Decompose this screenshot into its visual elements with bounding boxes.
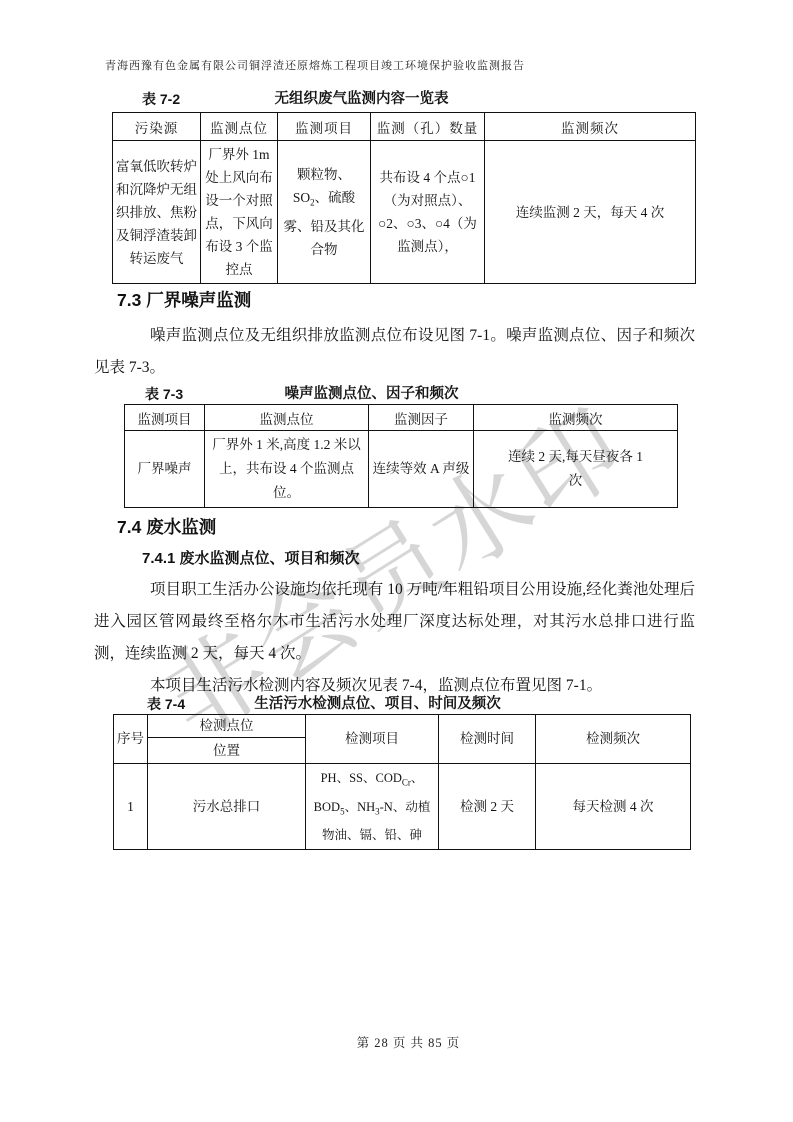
cell-detect-time: 检测 2 天 (439, 764, 536, 850)
table-7-4-label: 表 7-4 (147, 694, 185, 714)
cell-pollution-source: 富氧低吹转炉和沉降炉无组织排放、焦粉及铜浮渣装卸转运废气 (113, 141, 201, 284)
table-7-3-label: 表 7-3 (145, 384, 183, 404)
cell-detect-frequency: 每天检测 4 次 (536, 764, 691, 850)
running-header: 青海西豫有色金属有限公司铜浮渣还原熔炼工程项目竣工环境保护验收监测报告 (105, 0, 793, 73)
table-7-3-header-row: 监测项目 监测点位 监测因子 监测频次 (125, 405, 678, 431)
noise-frequency-text: 连续 2 天,每天昼夜各 1 次 (501, 445, 651, 493)
cell-seq: 1 (114, 764, 148, 850)
cell-monitor-count: 共布设 4 个点○1（为对照点）、○2、○3、○4（为监测点）， (371, 141, 485, 284)
table-7-4-data-row: 1 污水总排口 PH、SS、CODCr、BOD5、NH3-N、动植物油、镉、铅、… (114, 764, 691, 850)
table-7-4-header-row-1: 序号 检测点位 检测项目 检测时间 检测频次 (114, 715, 691, 738)
col-header-noise-factor: 监测因子 (369, 405, 474, 431)
table-7-2-title: 无组织废气监测内容一览表 (275, 89, 449, 109)
col-header-detect-items: 检测项目 (306, 715, 439, 764)
col-header-monitor-count: 监测（孔）数量 (371, 113, 485, 141)
page-content: 青海西豫有色金属有限公司铜浮渣还原熔炼工程项目竣工环境保护验收监测报告 表 7-… (0, 0, 793, 850)
table-7-2-caption: 表 7-2 无组织废气监测内容一览表 (112, 89, 695, 109)
cell-location: 污水总排口 (148, 764, 306, 850)
section-7-4-1-heading: 7.4.1 废水监测点位、项目和频次 (142, 548, 793, 570)
cell-noise-item: 厂界噪声 (125, 431, 205, 508)
table-7-2-label: 表 7-2 (142, 89, 180, 109)
section-7-4-heading: 7.4 废水监测 (117, 516, 793, 539)
table-7-2: 污染源 监测点位 监测项目 监测（孔）数量 监测频次 富氧低吹转炉和沉降炉无组织… (112, 112, 696, 284)
cell-noise-point: 厂界外 1 米,高度 1.2 米以上，共布设 4 个监测点位。 (205, 431, 369, 508)
table-7-2-header-row: 污染源 监测点位 监测项目 监测（孔）数量 监测频次 (113, 113, 696, 141)
table-7-4-caption: 表 7-4 生活污水检测点位、项目、时间及频次 (113, 694, 690, 714)
noise-paragraph: 噪声监测点位及无组织排放监测点位布设见图 7-1。噪声监测点位、因子和频次见表 … (94, 320, 695, 384)
cell-noise-factor: 连续等效 A 声级 (369, 431, 474, 508)
wastewater-paragraph-1: 项目职工生活办公设施均依托现有 10 万吨/年粗铅项目公用设施,经化粪池处理后进… (94, 574, 695, 670)
col-header-detect-point: 检测点位 (148, 715, 306, 738)
col-header-location: 位置 (148, 738, 306, 764)
frequency-text: 连续监测 2 天，每天 4 次 (516, 201, 665, 224)
col-header-monitor-item: 监测项目 (278, 113, 371, 141)
col-header-detect-frequency: 检测频次 (536, 715, 691, 764)
cell-detect-items: PH、SS、CODCr、BOD5、NH3-N、动植物油、镉、铅、砷 (306, 764, 439, 850)
cell-monitor-items: 颗粒物、SO2、硫酸雾、铅及其化合物 (278, 141, 371, 284)
table-7-4-title: 生活污水检测点位、项目、时间及频次 (254, 694, 501, 714)
table-7-3-data-row: 厂界噪声 厂界外 1 米,高度 1.2 米以上，共布设 4 个监测点位。 连续等… (125, 431, 678, 508)
col-header-seq: 序号 (114, 715, 148, 764)
col-header-detect-time: 检测时间 (439, 715, 536, 764)
col-header-noise-frequency: 监测频次 (474, 405, 678, 431)
cell-monitor-point: 厂界外 1m 处上风向布设一个对照点，下风向布设 3 个监控点 (201, 141, 278, 284)
table-7-3-title: 噪声监测点位、因子和频次 (285, 384, 459, 404)
table-7-3: 监测项目 监测点位 监测因子 监测频次 厂界噪声 厂界外 1 米,高度 1.2 … (124, 404, 678, 508)
col-header-pollution-source: 污染源 (113, 113, 201, 141)
cell-noise-frequency: 连续 2 天,每天昼夜各 1 次 (474, 431, 678, 508)
col-header-monitor-point: 监测点位 (201, 113, 278, 141)
table-7-3-caption: 表 7-3 噪声监测点位、因子和频次 (124, 384, 677, 404)
col-header-monitor-frequency: 监测频次 (485, 113, 696, 141)
section-7-3-heading: 7.3 厂界噪声监测 (117, 289, 793, 312)
document-page: 非会员水印 青海西豫有色金属有限公司铜浮渣还原熔炼工程项目竣工环境保护验收监测报… (0, 0, 793, 1122)
col-header-noise-item: 监测项目 (125, 405, 205, 431)
table-7-4: 序号 检测点位 检测项目 检测时间 检测频次 位置 1 污水总排口 PH、SS、… (113, 714, 691, 850)
cell-monitor-frequency: 连续监测 2 天，每天 4 次 (485, 141, 696, 284)
table-7-2-data-row: 富氧低吹转炉和沉降炉无组织排放、焦粉及铜浮渣装卸转运废气 厂界外 1m 处上风向… (113, 141, 696, 284)
col-header-noise-point: 监测点位 (205, 405, 369, 431)
page-number: 第 28 页 共 85 页 (0, 1033, 793, 1051)
